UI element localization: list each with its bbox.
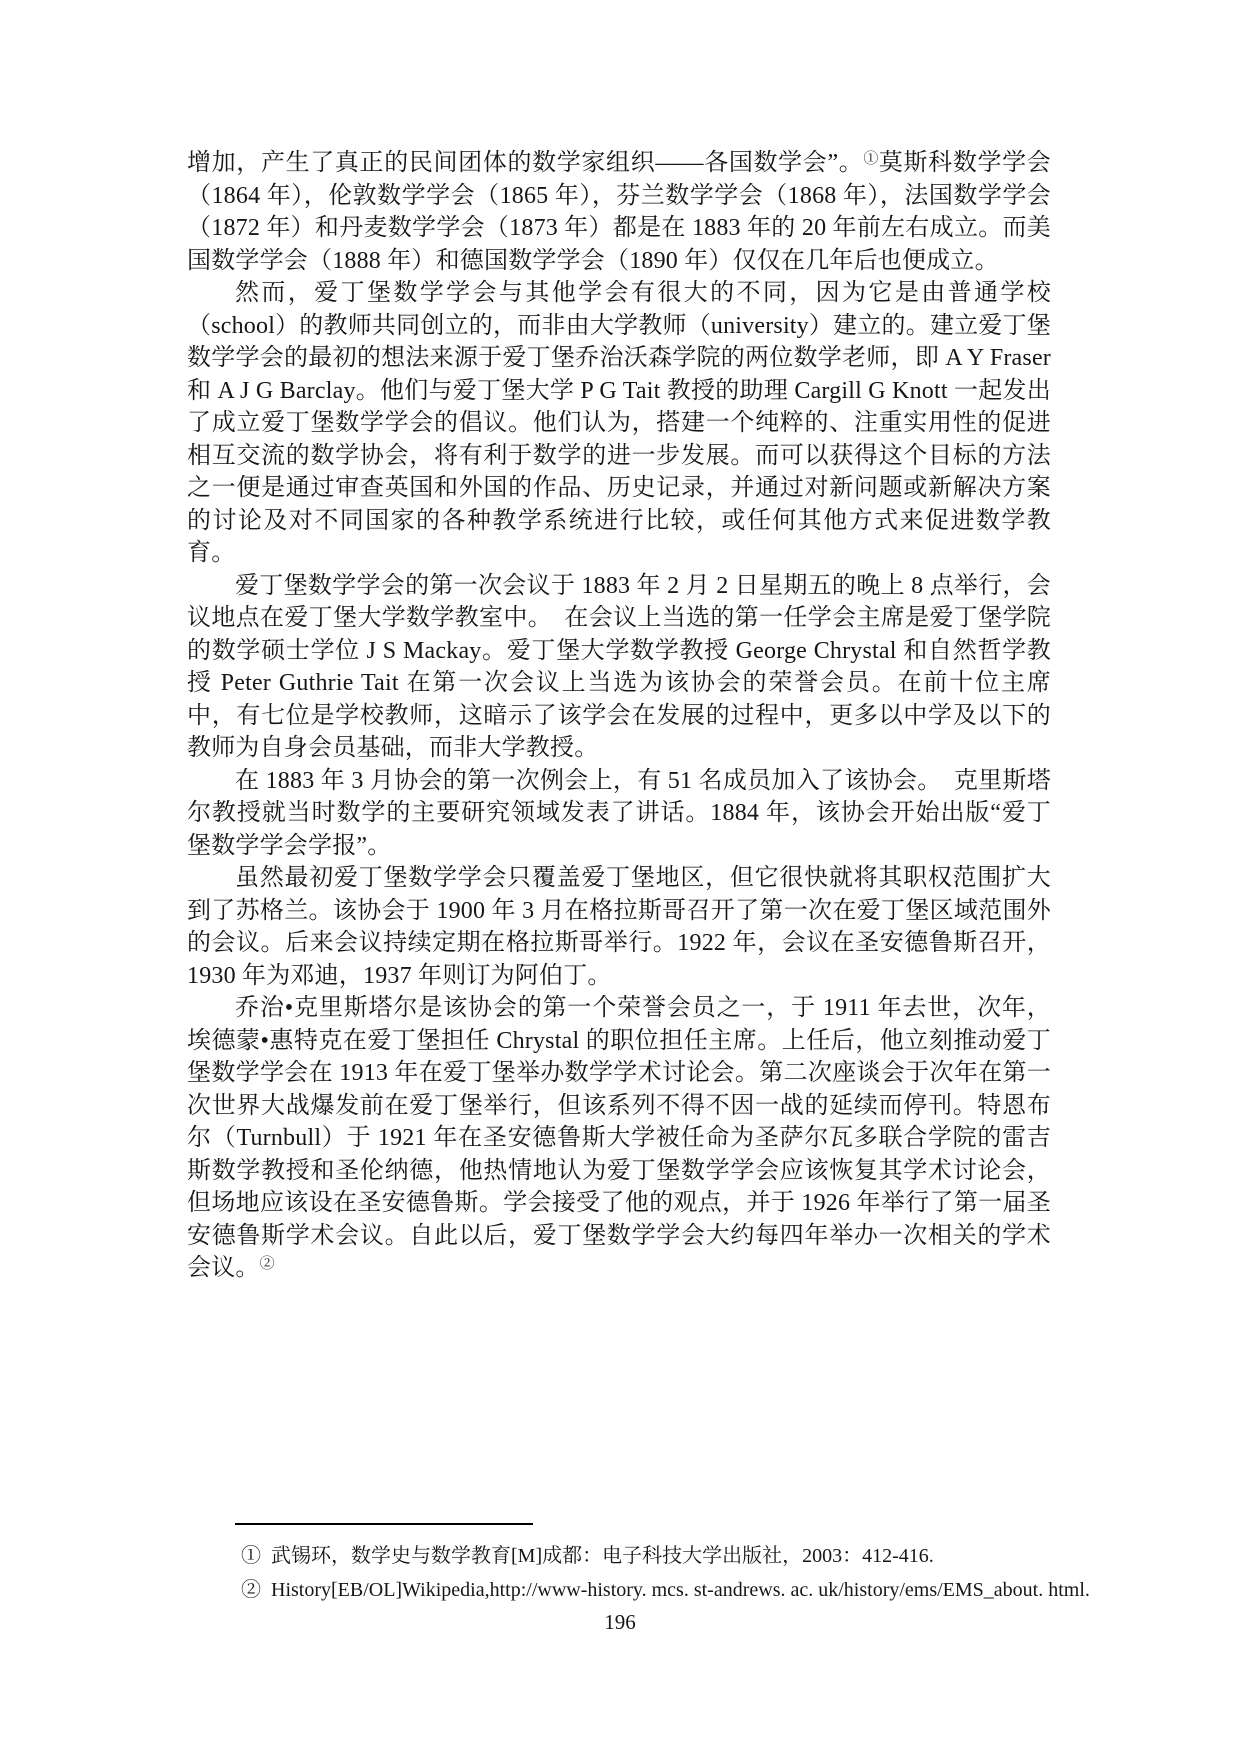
- paragraph-text: 爱丁堡数学学会的第一次会议于 1883 年 2 月 2 日星期五的晚上 8 点举…: [187, 573, 1051, 762]
- paragraph: 爱丁堡数学学会的第一次会议于 1883 年 2 月 2 日星期五的晚上 8 点举…: [187, 570, 1051, 765]
- footnote-1: ①武锡环，数学史与数学教育[M]成都：电子科技大学出版社，2003：412-41…: [187, 1543, 1107, 1569]
- paragraph-text: 在 1883 年 3 月协会的第一次例会上，有 51 名成员加入了该协会。 克里…: [187, 768, 1051, 859]
- paragraph-text: 乔治•克里斯塔尔是该协会的第一个荣誉会员之一，于 1911 年去世，次年，埃德蒙…: [187, 995, 1051, 1281]
- footnote-ref-1: ①: [863, 151, 878, 167]
- paragraph: 乔治•克里斯塔尔是该协会的第一个荣誉会员之一，于 1911 年去世，次年，埃德蒙…: [187, 992, 1051, 1285]
- paragraph: 在 1883 年 3 月协会的第一次例会上，有 51 名成员加入了该协会。 克里…: [187, 765, 1051, 863]
- paragraph-text: 增加，产生了真正的民间团体的数学家组织——各国数学会”。: [187, 150, 863, 176]
- paragraph-text: 虽然最初爱丁堡数学学会只覆盖爱丁堡地区，但它很快就将其职权范围扩大到了苏格兰。该…: [187, 865, 1051, 989]
- footnote-2: ②History[EB/OL]Wikipedia,http://www-hist…: [187, 1577, 1107, 1603]
- paragraph-text: 然而，爱丁堡数学学会与其他学会有很大的不同，因为它是由普通学校（school）的…: [187, 280, 1051, 566]
- footnote-text: 武锡环，数学史与数学教育[M]成都：电子科技大学出版社，2003：412-416…: [271, 1545, 934, 1567]
- footnotes: ①武锡环，数学史与数学教育[M]成都：电子科技大学出版社，2003：412-41…: [187, 1543, 1107, 1611]
- paragraph: 增加，产生了真正的民间团体的数学家组织——各国数学会”。①莫斯科数学学会（186…: [187, 147, 1051, 277]
- page-number: 196: [0, 1610, 1240, 1634]
- footnote-marker: ②: [241, 1579, 261, 1601]
- footnote-separator: [235, 1523, 533, 1525]
- paragraph: 虽然最初爱丁堡数学学会只覆盖爱丁堡地区，但它很快就将其职权范围扩大到了苏格兰。该…: [187, 862, 1051, 992]
- document-page: 增加，产生了真正的民间团体的数学家组织——各国数学会”。①莫斯科数学学会（186…: [0, 0, 1240, 1753]
- footnote-text: History[EB/OL]Wikipedia,http://www-histo…: [271, 1579, 1090, 1601]
- paragraph: 然而，爱丁堡数学学会与其他学会有很大的不同，因为它是由普通学校（school）的…: [187, 277, 1051, 570]
- footnote-ref-2: ②: [260, 1256, 275, 1272]
- footnote-marker: ①: [241, 1545, 261, 1567]
- body-text: 增加，产生了真正的民间团体的数学家组织——各国数学会”。①莫斯科数学学会（186…: [187, 147, 1051, 1285]
